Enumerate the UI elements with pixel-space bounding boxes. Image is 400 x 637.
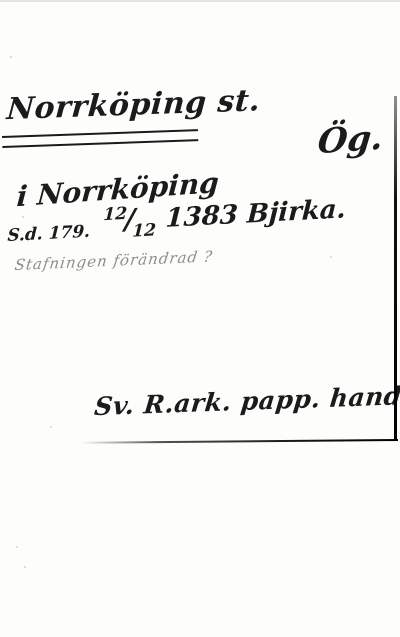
province-abbreviation: Ög. xyxy=(316,117,385,162)
source-reference: S.d. 179. xyxy=(7,222,91,246)
scan-top-edge xyxy=(0,0,400,2)
date-month: 12 xyxy=(132,220,157,241)
pencil-note: Stafningen förändrad ? xyxy=(14,247,215,274)
source-citation: Sv. R.ark. papp. handl. xyxy=(93,381,400,422)
card-bottom-edge xyxy=(80,439,398,444)
card-right-edge xyxy=(394,96,397,441)
date-year: 1383 xyxy=(165,200,239,234)
date-fraction: 12/12 xyxy=(102,204,157,237)
historical-name-form: Bjirka. xyxy=(246,194,346,229)
heading-double-underline xyxy=(2,129,198,148)
place-name-heading: Norrköping st. xyxy=(6,83,262,127)
date-day: 12 xyxy=(103,204,128,225)
scan-specks xyxy=(10,56,12,58)
archive-card-scan: Norrköping st. Ög. i Norrköping S.d. 179… xyxy=(0,0,400,637)
